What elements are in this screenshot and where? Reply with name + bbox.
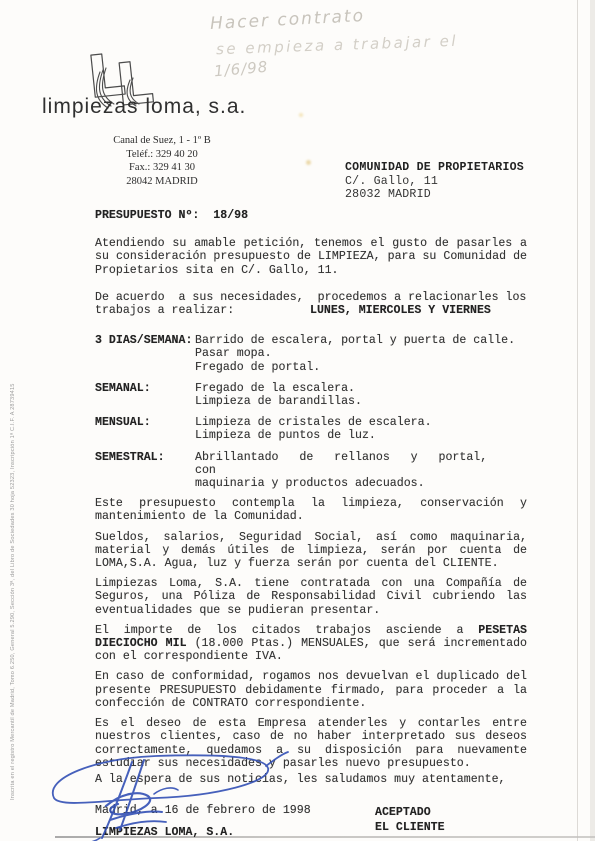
address-line: Fax.: 329 41 30 xyxy=(82,161,242,175)
paragraph-wish: Es el deseo de esta Empresa atenderles y… xyxy=(95,717,527,770)
amount-pre: El importe de los citados trabajos ascie… xyxy=(95,624,478,637)
paragraph-line: trabajos a realizar: LUNES, MIERCOLES Y … xyxy=(95,304,527,317)
paragraph-conformity: En caso de conformidad, rogamos nos devu… xyxy=(95,670,527,710)
schedule-item: Fregado de la escalera. xyxy=(195,382,527,395)
paragraph-works-intro: De acuerdo a sus necesidades, procedemos… xyxy=(95,291,527,317)
recipient-city: 28032 MADRID xyxy=(345,188,524,202)
schedule-label: MENSUAL: xyxy=(95,416,195,442)
accepted-block: ACEPTADO EL CLIENTE xyxy=(375,806,445,835)
address-line: Canal de Suez, 1 - 1º B xyxy=(82,134,242,148)
schedule-row: SEMESTRAL: Abrillantado de rellanos y po… xyxy=(95,451,527,491)
address-line: 28042 MADRID xyxy=(82,175,242,189)
schedule-item: maquinaria y productos adecuados. xyxy=(195,477,527,490)
schedule-item: Abrillantado de rellanos y portal, con xyxy=(195,451,527,477)
budget-reference: PRESUPUESTO Nº: 18/98 xyxy=(95,209,527,222)
paragraph-line: De acuerdo a sus necesidades, procedemos… xyxy=(95,291,527,304)
schedule-label: 3 DIAS/SEMANA: xyxy=(95,334,195,374)
handwritten-note-line: 1/6/98 xyxy=(213,58,269,81)
client-label: EL CLIENTE xyxy=(375,821,445,836)
schedule-items: Barrido de escalera, portal y puerta de … xyxy=(195,334,527,374)
paragraph-text: trabajos a realizar: xyxy=(95,304,234,317)
schedule-row: 3 DIAS/SEMANA: Barrido de escalera, port… xyxy=(95,334,527,374)
dateline: Madrid, a 16 de febrero de 1998 xyxy=(95,804,527,817)
recipient-name: COMUNIDAD DE PROPIETARIOS xyxy=(345,161,524,175)
schedule-label: SEMANAL: xyxy=(95,382,195,408)
company-address-block: Canal de Suez, 1 - 1º B Teléf.: 329 40 2… xyxy=(82,134,242,188)
schedule-item: Barrido de escalera, portal y puerta de … xyxy=(195,334,527,347)
schedule-items: Limpieza de cristales de escalera. Limpi… xyxy=(195,416,527,442)
schedule-row: SEMANAL: Fregado de la escalera. Limpiez… xyxy=(95,382,527,408)
scan-speck xyxy=(299,113,303,117)
schedule-item: Limpieza de puntos de luz. xyxy=(195,429,527,442)
scan-speck xyxy=(306,160,311,165)
registry-fine-print: Inscrita en el registro Mercantil de Mad… xyxy=(10,145,16,800)
company-name: limpiezas loma, s.a. xyxy=(42,95,246,119)
schedule-item: Pasar mopa. xyxy=(195,347,527,360)
schedule-items: Abrillantado de rellanos y portal, con m… xyxy=(195,451,527,491)
paragraph-scope: Este presupuesto contempla la limpieza, … xyxy=(95,497,527,523)
letter-body: PRESUPUESTO Nº: 18/98 Atendiendo su amab… xyxy=(95,209,527,840)
paragraph-insurance: Limpiezas Loma, S.A. tiene contratada co… xyxy=(95,577,527,617)
scanned-letter-page: Inscrita en el registro Mercantil de Mad… xyxy=(0,0,595,841)
schedule-label: SEMESTRAL: xyxy=(95,451,195,491)
schedule-items: Fregado de la escalera. Limpieza de bara… xyxy=(195,382,527,408)
schedule-item: Fregado de portal. xyxy=(195,361,527,374)
paragraph-intro: Atendiendo su amable petición, tenemos e… xyxy=(95,237,527,277)
recipient-block: COMUNIDAD DE PROPIETARIOS C/. Gallo, 11 … xyxy=(345,161,524,202)
recipient-street: C/. Gallo, 11 xyxy=(345,175,524,189)
paragraph-costs: Sueldos, salarios, Seguridad Social, así… xyxy=(95,531,527,571)
closing-line: A la espera de sus noticias, les saludam… xyxy=(95,773,527,786)
accepted-label: ACEPTADO xyxy=(375,806,445,821)
work-days: LUNES, MIERCOLES Y VIERNES xyxy=(310,304,491,317)
paragraph-amount: El importe de los citados trabajos ascie… xyxy=(95,624,527,664)
schedule-item: Limpieza de cristales de escalera. xyxy=(195,416,527,429)
schedule-item: Limpieza de barandillas. xyxy=(195,395,527,408)
handwritten-note-line: Hacer contrato xyxy=(210,6,366,34)
address-line: Teléf.: 329 40 20 xyxy=(82,148,242,162)
scan-edge-strip xyxy=(590,0,595,841)
scan-edge-line xyxy=(577,0,578,841)
handwritten-note-line: se empieza a trabajar el xyxy=(216,32,458,58)
schedule-row: MENSUAL: Limpieza de cristales de escale… xyxy=(95,416,527,442)
company-signature-name: LIMPIEZAS LOMA, S.A. xyxy=(95,826,527,839)
